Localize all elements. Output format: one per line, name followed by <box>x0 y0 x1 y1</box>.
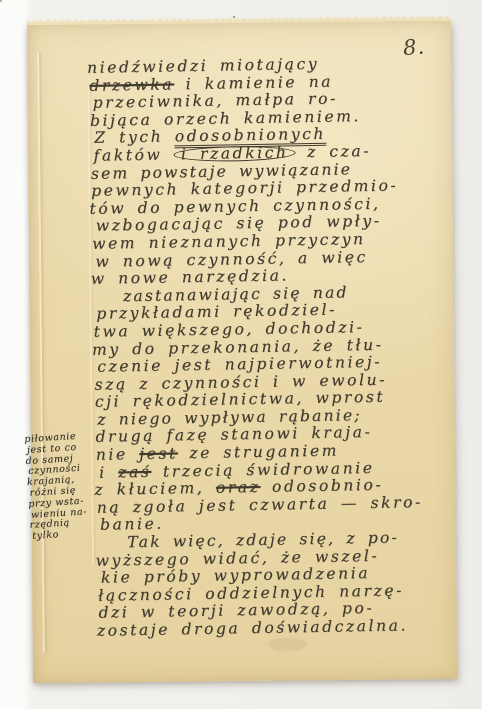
handwriting-line: zostaje droga doświadczalna. <box>97 617 451 641</box>
struck-text: jest <box>139 444 178 463</box>
struck-text: zaś <box>118 462 151 481</box>
handwriting-text: nie <box>96 445 140 464</box>
handwriting-text: i <box>99 463 118 481</box>
handwriting-text: banie. <box>100 515 164 534</box>
circled-text: i rzadkich <box>174 145 296 162</box>
ink-smudge <box>268 637 308 651</box>
paper-crease-left <box>37 53 45 653</box>
handwriting-text: faktów <box>93 145 174 164</box>
struck-text: oraz <box>216 478 261 497</box>
manuscript-paper: 8. niedźwiedzi miotającydrzewka i kamien… <box>27 21 457 683</box>
manuscript-lines: niedźwiedzi miotającydrzewka i kamienie … <box>89 54 451 641</box>
struck-text: drzewka <box>89 75 174 94</box>
dust-specks <box>0 0 2 2</box>
handwriting-text: z cza- <box>295 142 371 161</box>
margin-note: piłowaniejest to codo samejczynnościkraj… <box>24 431 105 543</box>
margin-note-line: tylko <box>32 528 105 543</box>
handwriting-text: Z tych <box>94 128 175 147</box>
